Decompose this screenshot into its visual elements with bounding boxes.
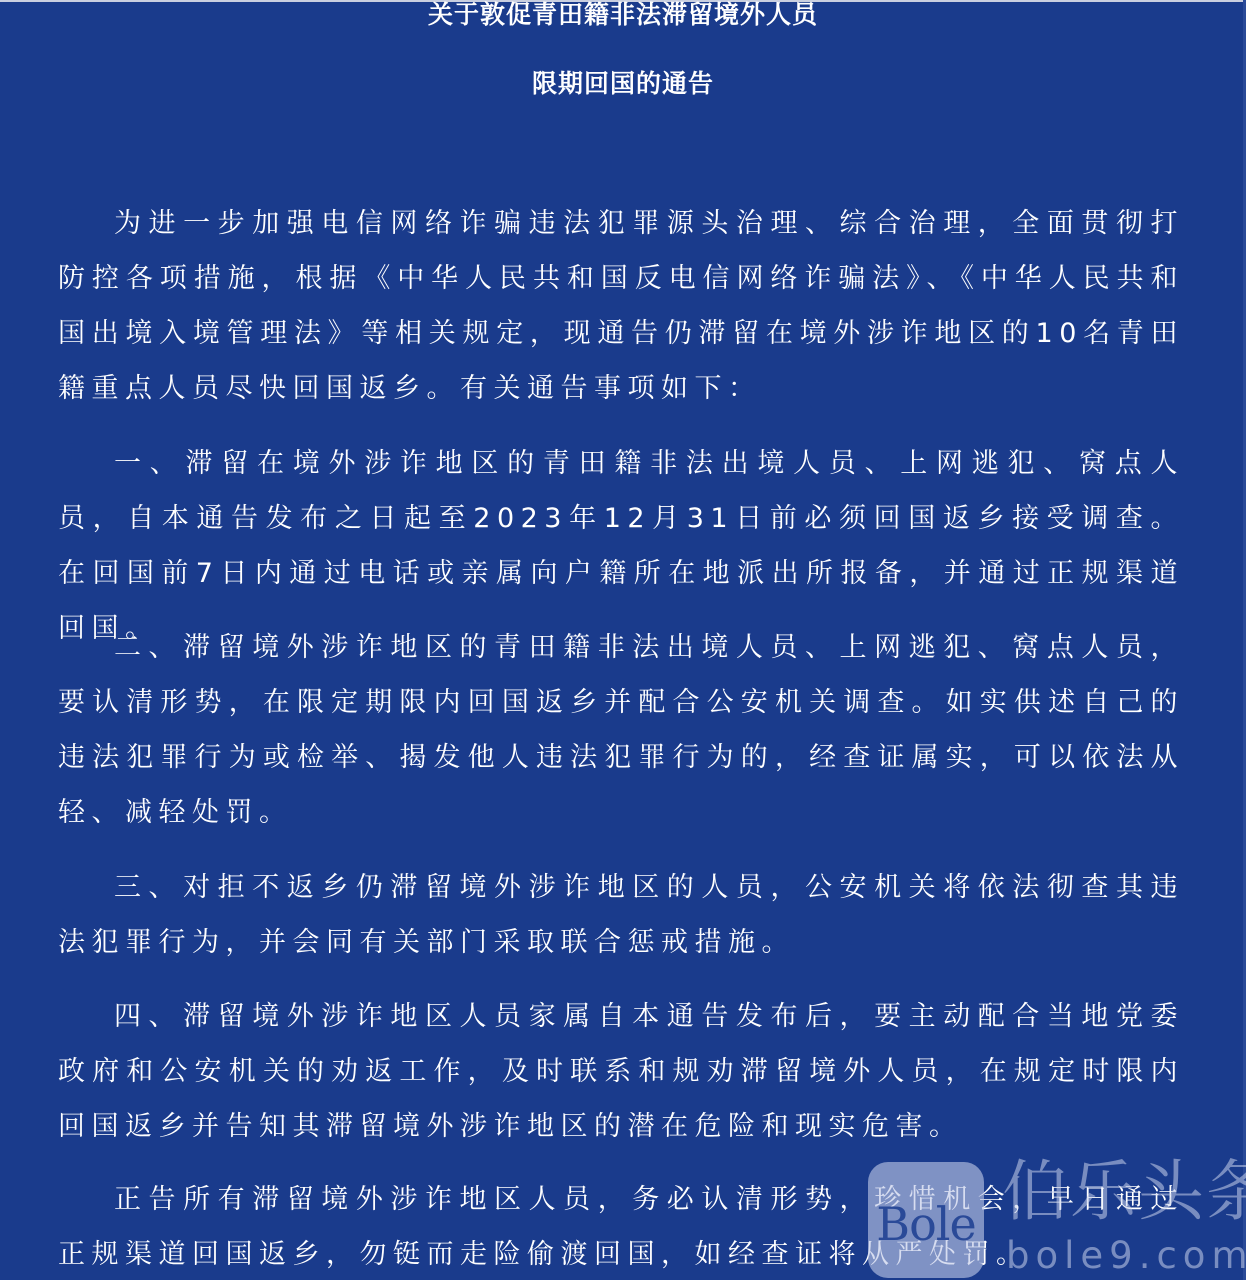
paragraph-intro: 为进一步加强电信网络诈骗违法犯罪源头治理、综合治理，全面贯彻打防控各项措施，根据…: [58, 196, 1184, 416]
paragraph-item-2: 二、滞留境外涉诈地区的青田籍非法出境人员、上网逃犯、窝点人员，要认清形势，在限定…: [58, 620, 1184, 840]
notice-title-line-1: 关于敦促青田籍非法滞留境外人员: [0, 0, 1246, 30]
paragraph-warning: 正告所有滞留境外涉诈地区人员，务必认清形势，珍惜机会，早日通过正规渠道回国返乡，…: [58, 1172, 1184, 1280]
notice-title-line-2: 限期回国的通告: [0, 69, 1246, 99]
paragraph-item-4: 四、滞留境外涉诈地区人员家属自本通告发布后，要主动配合当地党委政府和公安机关的劝…: [58, 989, 1184, 1154]
paragraph-item-3: 三、对拒不返乡仍滞留境外涉诈地区的人员，公安机关将依法彻查其违法犯罪行为，并会同…: [58, 860, 1184, 970]
